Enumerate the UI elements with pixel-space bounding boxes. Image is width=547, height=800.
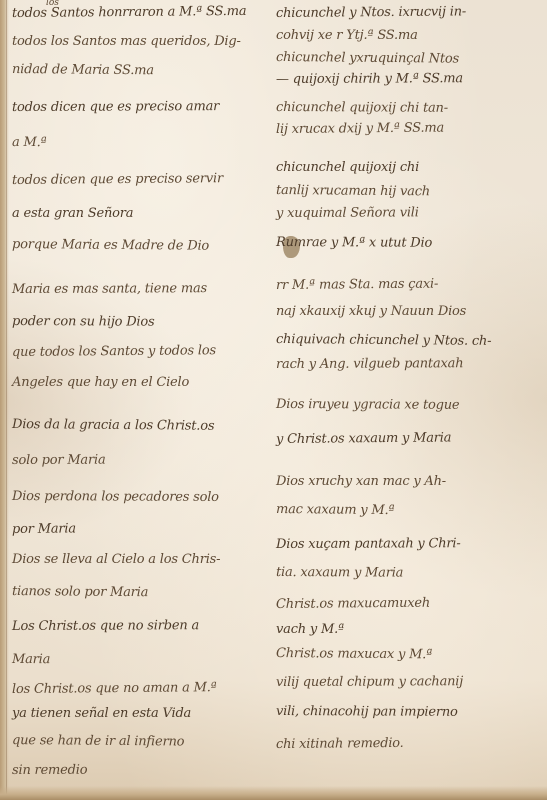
manuscript-line: todos los Santos mas queridos, Dig- bbox=[12, 34, 241, 49]
manuscript-line: Los Christ.os que no sirben a bbox=[12, 618, 199, 634]
manuscript-line: Christ.os maxucamuxeh bbox=[276, 596, 430, 612]
manuscript-line: ya tienen señal en esta Vida bbox=[12, 706, 191, 721]
manuscript-line: Angeles que hay en el Cielo bbox=[12, 375, 189, 390]
manuscript-line: todos dicen que es preciso amar bbox=[12, 99, 219, 115]
manuscript-line: que se han de ir al infierno bbox=[12, 733, 184, 750]
manuscript-line: chicunchel quijoxij chi tan- bbox=[276, 100, 448, 116]
page-left-edge bbox=[0, 0, 9, 800]
manuscript-line: vach y M.ª bbox=[276, 622, 344, 637]
manuscript-line: — quijoxij chirih y M.ª SS.ma bbox=[276, 71, 463, 87]
manuscript-line: a M.ª bbox=[12, 135, 47, 150]
manuscript-line: por Maria bbox=[12, 521, 76, 537]
manuscript-line: lij xrucax dxij y M.ª SS.ma bbox=[276, 121, 444, 137]
manuscript-line: chicunchel yxruquinçal Ntos bbox=[276, 50, 459, 67]
manuscript-line: Dios xruchy xan mac y Ah- bbox=[276, 474, 446, 489]
manuscript-line: tianos solo por Maria bbox=[12, 584, 148, 600]
manuscript-line: naj xkauxij xkuj y Nauun Dios bbox=[276, 304, 466, 319]
manuscript-line: Christ.os maxucax y M.ª bbox=[276, 646, 432, 662]
manuscript-line: vilij quetal chipum y cachanij bbox=[276, 674, 463, 690]
page-bottom-edge bbox=[0, 786, 547, 800]
manuscript-line: y xuquimal Señora vili bbox=[276, 205, 419, 221]
manuscript-line: tia. xaxaum y Maria bbox=[276, 565, 403, 581]
manuscript-line: mac xaxaum y M.ª bbox=[276, 502, 395, 518]
manuscript-line: Maria es mas santa, tiene mas bbox=[12, 281, 207, 297]
manuscript-line: y Christ.os xaxaum y Maria bbox=[276, 430, 451, 447]
manuscript-page: todos Santos honrraron a M.ª SS.malostod… bbox=[0, 0, 547, 800]
manuscript-line: rach y Ang. vilgueb pantaxah bbox=[276, 356, 463, 372]
margin-rule bbox=[6, 0, 7, 800]
manuscript-line: Dios perdona los pecadores solo bbox=[12, 489, 219, 505]
superscript-insertion: los bbox=[46, 0, 59, 8]
manuscript-line: chi xitinah remedio. bbox=[276, 736, 404, 752]
manuscript-line: chicunchel y Ntos. ixrucvij in- bbox=[276, 4, 466, 21]
manuscript-line: tanlij xrucaman hij vach bbox=[276, 183, 430, 199]
manuscript-line: a esta gran Señora bbox=[12, 206, 133, 221]
manuscript-line: Dios iruyeu ygracia xe togue bbox=[276, 397, 460, 413]
manuscript-line: Dios xuçam pantaxah y Chri- bbox=[276, 536, 461, 552]
manuscript-line: rr M.ª mas Sta. mas çaxi- bbox=[276, 277, 438, 293]
manuscript-line: Rumrae y M.ª x utut Dio bbox=[276, 235, 432, 251]
manuscript-line: todos dicen que es preciso servir bbox=[12, 171, 223, 188]
manuscript-line: vili, chinacohij pan impierno bbox=[276, 704, 458, 720]
manuscript-line: chiquivach chicunchel y Ntos. ch- bbox=[276, 332, 491, 349]
manuscript-line: Dios da la gracia a los Christ.os bbox=[12, 417, 214, 434]
manuscript-line: Dios se lleva al Cielo a los Chris- bbox=[12, 552, 220, 567]
manuscript-line: sin remedio bbox=[12, 763, 87, 778]
manuscript-line: chicunchel quijoxij chi bbox=[276, 160, 419, 175]
manuscript-line: nidad de Maria SS.ma bbox=[12, 62, 154, 78]
manuscript-line: solo por Maria bbox=[12, 453, 106, 468]
manuscript-line: Maria bbox=[12, 652, 50, 667]
manuscript-line: cohvij xe r Ytj.ª SS.ma bbox=[276, 28, 418, 43]
manuscript-line: poder con su hijo Dios bbox=[12, 314, 155, 330]
manuscript-line: los Christ.os que no aman a M.ª bbox=[12, 680, 217, 697]
manuscript-line: que todos los Santos y todos los bbox=[12, 343, 216, 360]
manuscript-line: porque Maria es Madre de Dio bbox=[12, 237, 209, 254]
